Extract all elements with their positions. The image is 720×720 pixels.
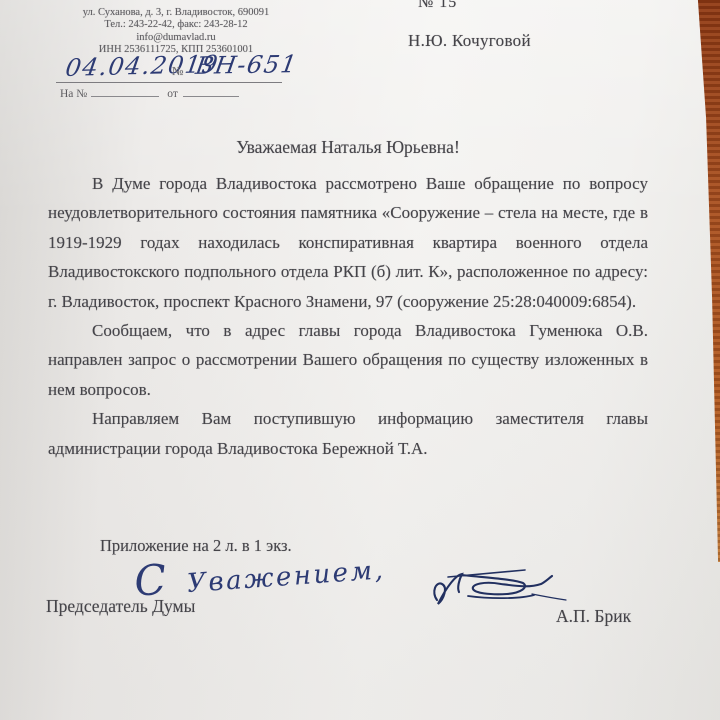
signer-name: А.П. Брик	[556, 606, 631, 627]
ot-label: от	[167, 88, 178, 100]
handwritten-outgoing-number: ВН-651	[194, 50, 300, 80]
document-number: № 15	[418, 0, 457, 12]
letterhead-email: info@dumavlad.ru	[68, 32, 284, 44]
blank-date-field	[183, 85, 239, 97]
na-no-label: На №	[60, 88, 87, 100]
position-title: Председатель Думы	[46, 596, 195, 617]
paragraph-2: Сообщаем, что в адрес главы города Влади…	[48, 316, 648, 404]
incoming-reference-line: На №от	[60, 85, 239, 100]
paragraph-3: Направляем Вам поступившую информацию за…	[48, 404, 648, 463]
paragraph-1: В Думе города Владивостока рассмотрено В…	[48, 169, 648, 316]
letterhead-block: ул. Суханова, д. 3, г. Владивосток, 6900…	[68, 7, 284, 57]
salutation: Уважаемая Наталья Юрьевна!	[48, 137, 648, 158]
letterhead-phone: Тел.: 243-22-42, факс: 243-28-12	[68, 19, 284, 31]
scanned-letter-photo: { "letterhead": { "address_line": "ул. С…	[0, 0, 720, 720]
letter-body: В Думе города Владивостока рассмотрено В…	[48, 169, 648, 463]
recipient-name: Н.Ю. Кочуговой	[408, 31, 531, 51]
signature-scribble	[428, 564, 568, 616]
number-sign: №	[172, 64, 183, 79]
blank-number-field	[91, 85, 159, 97]
letterhead-address: ул. Суханова, д. 3, г. Владивосток, 6900…	[68, 7, 284, 19]
